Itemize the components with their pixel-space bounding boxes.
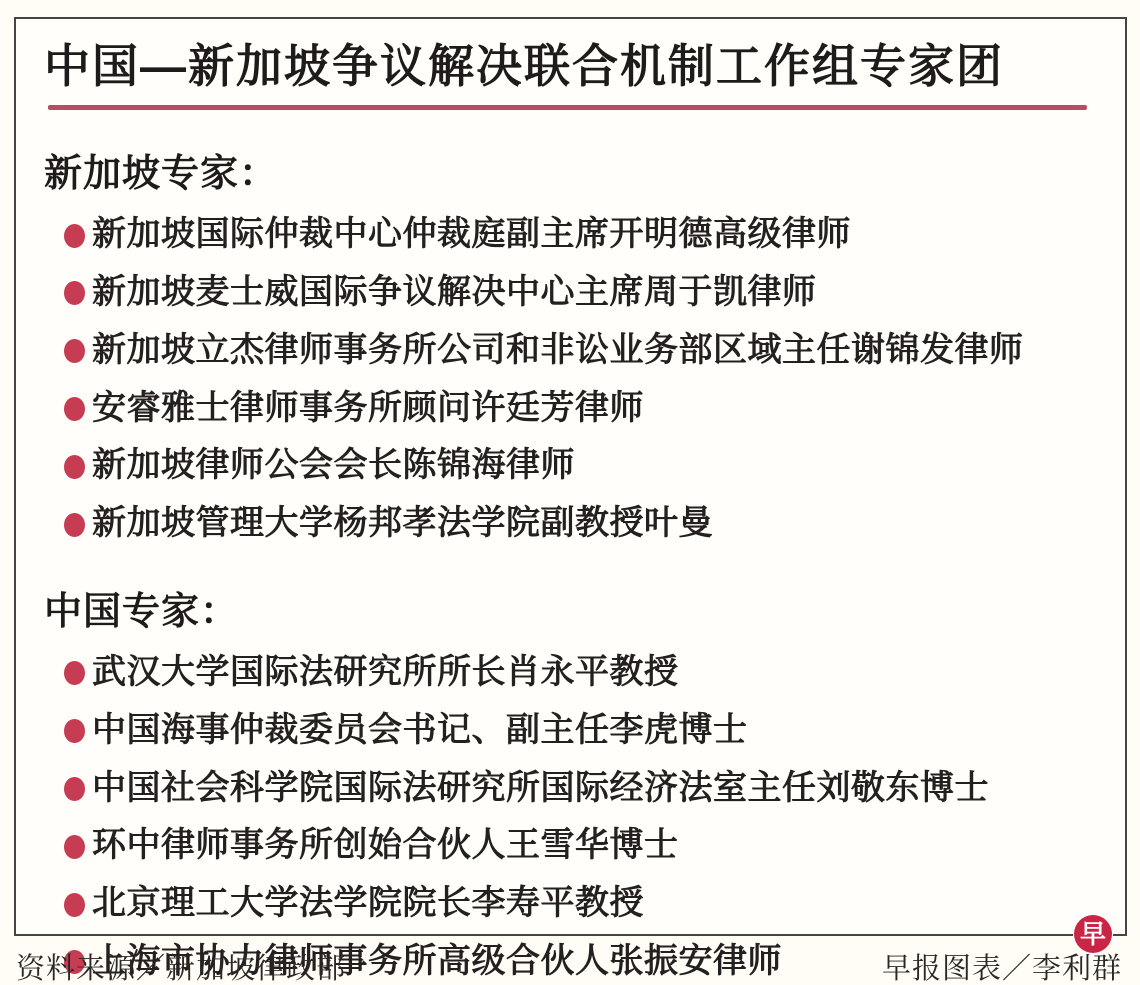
section-heading-china: 中国专家： — [44, 580, 1125, 635]
bullet-icon — [64, 719, 85, 743]
list-item: 安睿雅士律师事务所顾问许廷芳律师 — [64, 388, 1101, 429]
expert-name: 新加坡麦士威国际争议解决中心主席周于凯律师 — [92, 272, 817, 313]
list-item: 武汉大学国际法研究所所长肖永平教授 — [64, 652, 1101, 693]
china-expert-list: 武汉大学国际法研究所所长肖永平教授 中国海事仲裁委员会书记、副主任李虎博士 中国… — [16, 652, 1125, 982]
title-underline — [48, 105, 1087, 110]
expert-name: 安睿雅士律师事务所顾问许廷芳律师 — [92, 388, 644, 429]
bullet-icon — [64, 281, 85, 305]
bullet-icon — [64, 893, 85, 917]
bullet-icon — [64, 455, 85, 479]
expert-name: 环中律师事务所创始合伙人王雪华博士 — [92, 825, 679, 866]
footer: 资料来源／新加坡律政部 早报图表／李利群 — [16, 946, 1122, 985]
bullet-icon — [64, 397, 85, 421]
bullet-icon — [64, 835, 85, 859]
list-item: 环中律师事务所创始合伙人王雪华博士 — [64, 825, 1101, 866]
zaobao-logo-icon: 早 — [1074, 915, 1112, 953]
infographic-panel: 中国—新加坡争议解决联合机制工作组专家团 新加坡专家： 新加坡国际仲裁中心仲裁庭… — [14, 17, 1127, 936]
list-item: 新加坡国际仲裁中心仲裁庭副主席开明德高级律师 — [64, 214, 1101, 255]
expert-name: 新加坡管理大学杨邦孝法学院副教授叶曼 — [92, 503, 713, 544]
section-singapore-experts: 新加坡专家： 新加坡国际仲裁中心仲裁庭副主席开明德高级律师 新加坡麦士威国际争议… — [16, 142, 1125, 544]
zaobao-logo-char: 早 — [1080, 921, 1106, 947]
bullet-icon — [64, 224, 85, 248]
list-item: 新加坡立杰律师事务所公司和非讼业务部区域主任谢锦发律师 — [64, 330, 1101, 371]
list-item: 中国社会科学院国际法研究所国际经济法室主任刘敬东博士 — [64, 768, 1101, 809]
section-china-experts: 中国专家： 武汉大学国际法研究所所长肖永平教授 中国海事仲裁委员会书记、副主任李… — [16, 580, 1125, 982]
list-item: 中国海事仲裁委员会书记、副主任李虎博士 — [64, 710, 1101, 751]
section-heading-singapore: 新加坡专家： — [44, 142, 1125, 197]
singapore-expert-list: 新加坡国际仲裁中心仲裁庭副主席开明德高级律师 新加坡麦士威国际争议解决中心主席周… — [16, 214, 1125, 544]
list-item: 北京理工大学法学院院长李寿平教授 — [64, 883, 1101, 924]
bullet-icon — [64, 777, 85, 801]
expert-name: 新加坡国际仲裁中心仲裁庭副主席开明德高级律师 — [92, 214, 851, 255]
expert-name: 新加坡律师公会会长陈锦海律师 — [92, 445, 575, 486]
list-item: 新加坡管理大学杨邦孝法学院副教授叶曼 — [64, 503, 1101, 544]
bullet-icon — [64, 339, 85, 363]
source-credit: 资料来源／新加坡律政部 — [16, 946, 346, 985]
expert-name: 新加坡立杰律师事务所公司和非讼业务部区域主任谢锦发律师 — [92, 330, 1024, 371]
expert-name: 北京理工大学法学院院长李寿平教授 — [92, 883, 644, 924]
bullet-icon — [64, 661, 85, 685]
expert-name: 中国社会科学院国际法研究所国际经济法室主任刘敬东博士 — [92, 768, 989, 809]
bullet-icon — [64, 513, 85, 537]
page-title: 中国—新加坡争议解决联合机制工作组专家团 — [16, 19, 1125, 93]
expert-name: 中国海事仲裁委员会书记、副主任李虎博士 — [92, 710, 748, 751]
list-item: 新加坡律师公会会长陈锦海律师 — [64, 445, 1101, 486]
list-item: 新加坡麦士威国际争议解决中心主席周于凯律师 — [64, 272, 1101, 313]
expert-name: 武汉大学国际法研究所所长肖永平教授 — [92, 652, 679, 693]
